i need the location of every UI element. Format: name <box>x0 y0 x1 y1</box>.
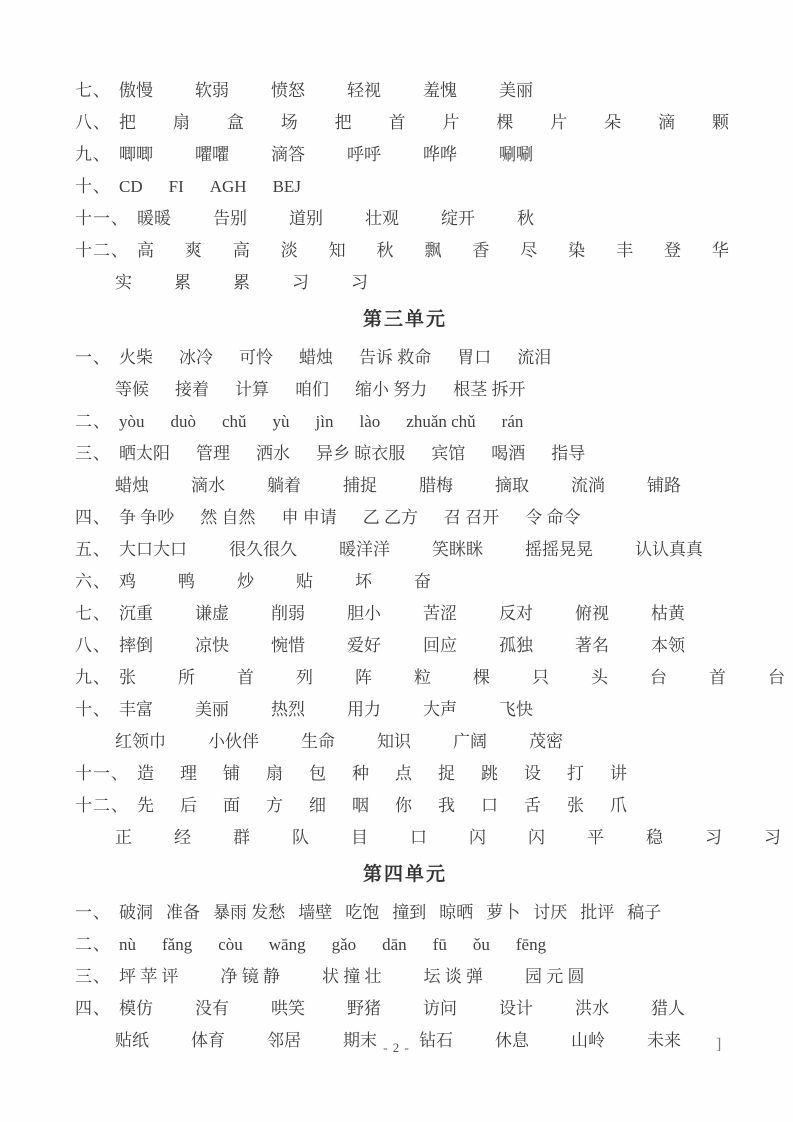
word-group: 火柴冰冷可怜蜡烛告诉 救命胃口流泪 <box>119 347 735 368</box>
word: 后 <box>180 795 197 816</box>
word: 访问 <box>423 998 457 1019</box>
word-line: 十一、暖暖告别道别壮观绽开秋 <box>75 208 735 229</box>
word: fǎng <box>162 934 192 955</box>
word: 道别 <box>289 208 323 229</box>
document-page: 七、傲慢软弱愤怒轻视羞愧美丽八、把扇盒场把首片棵片朵滴颗九、唧唧㘗㘗滴答呼呼哗哗… <box>0 0 793 1122</box>
word: 尽 <box>520 240 537 261</box>
word-line: 十一、造理铺扇包种点捉跳设打讲 <box>75 763 735 784</box>
word: 棵 <box>473 667 490 688</box>
line-label: 十、 <box>75 176 111 197</box>
word: 冰冷 <box>179 347 213 368</box>
word: 蜡烛 <box>115 475 149 496</box>
word: 张 <box>119 667 136 688</box>
line-label: 四、 <box>75 998 111 1019</box>
word: 鸡 <box>119 571 136 592</box>
word: 滴答 <box>271 144 305 165</box>
word: 口 <box>481 795 498 816</box>
word-line: 九、唧唧㘗㘗滴答呼呼哗哗唰唰 <box>75 144 735 165</box>
word: 鸭 <box>178 571 195 592</box>
word: 面 <box>223 795 240 816</box>
word: 咱们 <box>295 379 329 400</box>
word: AGH <box>210 176 247 197</box>
word: 爱好 <box>347 635 381 656</box>
word: 枯黄 <box>651 603 685 624</box>
section-heading: 第四单元 <box>75 859 735 886</box>
word: 俯视 <box>575 603 609 624</box>
word-group: 坪 苹 评净 镜 静状 撞 壮坛 谈 弹园 元 圆 <box>119 966 735 987</box>
word: 队 <box>292 827 309 848</box>
word-group: 傲慢软弱愤怒轻视羞愧美丽 <box>119 80 735 101</box>
word: 回应 <box>423 635 457 656</box>
line-label: 九、 <box>75 667 111 688</box>
word-line: 十二、高爽高淡知秋飘香尽染丰登华 <box>75 240 735 261</box>
word: 飘 <box>424 240 441 261</box>
word: 暖暖 <box>137 208 171 229</box>
word: 跳 <box>481 763 498 784</box>
word-line: 三、晒太阳管理洒水异乡 晾衣服宾馆喝酒指导 <box>75 443 735 464</box>
word: 习 <box>351 272 368 293</box>
line-label: 七、 <box>75 603 111 624</box>
word: 只 <box>532 667 549 688</box>
word: 我 <box>438 795 455 816</box>
word: 细 <box>309 795 326 816</box>
word-line: 二、nùfǎngcòuwānggǎodānfūǒufēng <box>75 934 735 955</box>
word-group: nùfǎngcòuwānggǎodānfūǒufēng <box>119 934 735 955</box>
word: 台 <box>768 667 785 688</box>
word: FI <box>169 176 184 197</box>
word: 铺 <box>223 763 240 784</box>
word: 计算 <box>235 379 269 400</box>
word: 小伙伴 <box>208 731 259 752</box>
word: 惋惜 <box>271 635 305 656</box>
word-line: 三、坪 苹 评净 镜 静状 撞 壮坛 谈 弹园 元 圆 <box>75 966 735 987</box>
word: 习 <box>764 827 781 848</box>
word: còu <box>218 934 243 955</box>
word: 热烈 <box>271 699 305 720</box>
word: 美丽 <box>499 80 533 101</box>
word: 腊梅 <box>419 475 453 496</box>
word-group: yòuduòchǔyùjìnlàozhuǎn chǔrán <box>119 411 735 432</box>
word: 广阔 <box>453 731 487 752</box>
word-line: 十二、先后面方细咽你我口舌张爪 <box>75 795 735 816</box>
word: 大口大口 <box>119 539 187 560</box>
word-group: 正经群队目口闪闪平稳习习 <box>115 827 735 848</box>
word: 台 <box>650 667 667 688</box>
word-line: 十、丰富美丽热烈用力大声飞快 <box>75 699 735 720</box>
word: nù <box>119 934 136 955</box>
word: 登 <box>664 240 681 261</box>
word: 指导 <box>551 443 585 464</box>
word: 批评 <box>580 902 614 923</box>
word: 先 <box>137 795 154 816</box>
word: 吃饱 <box>345 902 379 923</box>
page-number: - 2 - <box>0 1040 793 1056</box>
word: 坛 谈 弹 <box>424 966 484 987</box>
word: 㘗㘗 <box>195 144 229 165</box>
word: 坏 <box>355 571 372 592</box>
word: 轻视 <box>347 80 381 101</box>
word: 你 <box>395 795 412 816</box>
word-group: 先后面方细咽你我口舌张爪 <box>137 795 735 816</box>
word: 点 <box>395 763 412 784</box>
word: 稿子 <box>627 902 661 923</box>
word: 根茎 拆开 <box>453 379 525 400</box>
word: 讨厌 <box>533 902 567 923</box>
word-group: 争 争吵然 自然申 申请乙 乙方召 召开令 命令 <box>119 507 735 528</box>
word: 可怜 <box>239 347 273 368</box>
word: 晾晒 <box>439 902 473 923</box>
word: 准备 <box>166 902 200 923</box>
word: 软弱 <box>195 80 229 101</box>
word: 等候 <box>115 379 149 400</box>
word: 秋 <box>517 208 534 229</box>
word-line: 四、模仿没有哄笑野猪访问设计洪水猎人 <box>75 998 735 1019</box>
word: 种 <box>352 763 369 784</box>
word-group: 红领巾小伙伴生命知识广阔茂密 <box>115 731 735 752</box>
line-label: 七、 <box>75 80 111 101</box>
word: 造 <box>137 763 154 784</box>
word: 哗哗 <box>423 144 457 165</box>
word: 没有 <box>195 998 229 1019</box>
word: 首 <box>709 667 726 688</box>
word-line: 一、火柴冰冷可怜蜡烛告诉 救命胃口流泪 <box>75 347 735 368</box>
word: 接着 <box>175 379 209 400</box>
word-group: CDFIAGHBEJ <box>119 176 735 197</box>
word: 苦涩 <box>423 603 457 624</box>
word: ǒu <box>473 934 490 955</box>
word: CD <box>119 176 143 197</box>
word: 呼呼 <box>347 144 381 165</box>
line-label: 十一、 <box>75 208 129 229</box>
word: fēng <box>516 934 546 955</box>
line-label: 一、 <box>75 347 111 368</box>
word: 习 <box>705 827 722 848</box>
word: 傲慢 <box>119 80 153 101</box>
word: 片 <box>442 112 459 133</box>
word: 华 <box>712 240 729 261</box>
word: 捉 <box>438 763 455 784</box>
word: 绽开 <box>441 208 475 229</box>
word: 愤怒 <box>271 80 305 101</box>
word: 累 <box>233 272 250 293</box>
word: 讲 <box>610 763 627 784</box>
word-group: 唧唧㘗㘗滴答呼呼哗哗唰唰 <box>119 144 735 165</box>
word: 召 召开 <box>444 507 499 528</box>
word: 滴水 <box>191 475 225 496</box>
word: 累 <box>174 272 191 293</box>
word: 洪水 <box>575 998 609 1019</box>
word: rán <box>502 411 524 432</box>
word: 笑眯眯 <box>432 539 483 560</box>
word: 习 <box>292 272 309 293</box>
word: 知识 <box>377 731 411 752</box>
word: 萝卜 <box>486 902 520 923</box>
word-line: 等候接着计算咱们缩小 努力根茎 拆开 <box>75 379 735 400</box>
word: 美丽 <box>195 699 229 720</box>
word: 暖洋洋 <box>339 539 390 560</box>
word-group: 造理铺扇包种点捉跳设打讲 <box>137 763 735 784</box>
word: 染 <box>568 240 585 261</box>
word: 捕捉 <box>343 475 377 496</box>
word: zhuǎn chǔ <box>406 411 475 432</box>
word: 壮观 <box>365 208 399 229</box>
word: 胆小 <box>347 603 381 624</box>
word: 颗 <box>712 112 729 133</box>
word: 胃口 <box>457 347 491 368</box>
word: 申 申请 <box>282 507 337 528</box>
word-line: 六、鸡鸭炒贴坏奋 <box>75 571 735 592</box>
word: 场 <box>281 112 298 133</box>
word: 墙壁 <box>298 902 332 923</box>
word-line: 九、张所首列阵粒棵只头台首台 <box>75 667 735 688</box>
word: 片 <box>550 112 567 133</box>
word: wāng <box>269 934 306 955</box>
word: 高 <box>137 240 154 261</box>
word: 设计 <box>499 998 533 1019</box>
word: 设 <box>524 763 541 784</box>
word: 列 <box>296 667 313 688</box>
word: 管理 <box>196 443 230 464</box>
word-group: 蜡烛滴水躺着捕捉腊梅摘取流淌铺路 <box>115 475 735 496</box>
word: 理 <box>180 763 197 784</box>
word: 朵 <box>604 112 621 133</box>
word: 告别 <box>213 208 247 229</box>
word-group: 大口大口很久很久暖洋洋笑眯眯摇摇晃晃认认真真 <box>119 539 735 560</box>
word: 方 <box>266 795 283 816</box>
scan-artifact-mark: ] <box>716 1036 721 1054</box>
line-label: 八、 <box>75 112 111 133</box>
word: 贴 <box>296 571 313 592</box>
word: 丰富 <box>119 699 153 720</box>
word: 奋 <box>414 571 431 592</box>
word-line: 红领巾小伙伴生命知识广阔茂密 <box>75 731 735 752</box>
word: 粒 <box>414 667 431 688</box>
word: 知 <box>329 240 346 261</box>
word: 洒水 <box>256 443 290 464</box>
word-group: 破洞准备暴雨 发愁墙壁吃饱撞到晾晒萝卜讨厌批评稿子 <box>119 902 735 923</box>
word: 用力 <box>347 699 381 720</box>
word: 张 <box>567 795 584 816</box>
word: 秋 <box>377 240 394 261</box>
word: 红领巾 <box>115 731 166 752</box>
line-label: 十二、 <box>75 795 129 816</box>
word: 摘取 <box>495 475 529 496</box>
word: 暴雨 发愁 <box>213 902 285 923</box>
word: lào <box>360 411 381 432</box>
word: 目 <box>351 827 368 848</box>
word: 异乡 晾衣服 <box>316 443 405 464</box>
word: fū <box>433 934 447 955</box>
word: 扇 <box>266 763 283 784</box>
word: gǎo <box>332 934 357 955</box>
word: 认认真真 <box>635 539 703 560</box>
word: 把 <box>119 112 136 133</box>
word: 平 <box>587 827 604 848</box>
word-group: 暖暖告别道别壮观绽开秋 <box>137 208 735 229</box>
line-label: 二、 <box>75 934 111 955</box>
word: 口 <box>410 827 427 848</box>
word: jìn <box>316 411 334 432</box>
word: 阵 <box>355 667 372 688</box>
word-group: 实累累习习 <box>115 272 735 293</box>
word-group: 高爽高淡知秋飘香尽染丰登华 <box>137 240 735 261</box>
word-group: 把扇盒场把首片棵片朵滴颗 <box>119 112 735 133</box>
word: 摇摇晃晃 <box>525 539 593 560</box>
word: BEJ <box>273 176 301 197</box>
word: 香 <box>472 240 489 261</box>
line-label: 三、 <box>75 443 111 464</box>
line-label: 十一、 <box>75 763 129 784</box>
line-label: 三、 <box>75 966 111 987</box>
word: 棵 <box>496 112 513 133</box>
word-group: 沉重谦虚削弱胆小苦涩反对俯视枯黄 <box>119 603 735 624</box>
line-label: 二、 <box>75 411 111 432</box>
word-line: 十、CDFIAGHBEJ <box>75 176 735 197</box>
word: 凉快 <box>195 635 229 656</box>
word: 喝酒 <box>491 443 525 464</box>
word: 令 命令 <box>525 507 580 528</box>
word: 状 撞 壮 <box>322 966 382 987</box>
word: 野猪 <box>347 998 381 1019</box>
word-line: 七、傲慢软弱愤怒轻视羞愧美丽 <box>75 80 735 101</box>
word: 宾馆 <box>431 443 465 464</box>
word: 淡 <box>281 240 298 261</box>
line-label: 四、 <box>75 507 111 528</box>
word: 乙 乙方 <box>363 507 418 528</box>
word-group: 鸡鸭炒贴坏奋 <box>119 571 735 592</box>
word: 实 <box>115 272 132 293</box>
word: 飞快 <box>499 699 533 720</box>
word-group: 模仿没有哄笑野猪访问设计洪水猎人 <box>119 998 735 1019</box>
word: 沉重 <box>119 603 153 624</box>
word: 群 <box>233 827 250 848</box>
word: 缩小 努力 <box>355 379 427 400</box>
word: 流淌 <box>571 475 605 496</box>
word: 滴 <box>658 112 675 133</box>
word: 园 元 圆 <box>525 966 585 987</box>
word: 躺着 <box>267 475 301 496</box>
word: 爽 <box>185 240 202 261</box>
word-line: 蜡烛滴水躺着捕捉腊梅摘取流淌铺路 <box>75 475 735 496</box>
word: 首 <box>389 112 406 133</box>
word: 破洞 <box>119 902 153 923</box>
word: 正 <box>115 827 132 848</box>
word: 唰唰 <box>499 144 533 165</box>
word-line: 四、争 争吵然 自然申 申请乙 乙方召 召开令 命令 <box>75 507 735 528</box>
word: 扇 <box>173 112 190 133</box>
word: 茂密 <box>529 731 563 752</box>
word: 火柴 <box>119 347 153 368</box>
word: 高 <box>233 240 250 261</box>
line-label: 一、 <box>75 902 111 923</box>
word: 闪 <box>469 827 486 848</box>
word: 然 自然 <box>200 507 255 528</box>
line-label: 五、 <box>75 539 111 560</box>
word: 把 <box>335 112 352 133</box>
word: dān <box>382 934 407 955</box>
document-body: 七、傲慢软弱愤怒轻视羞愧美丽八、把扇盒场把首片棵片朵滴颗九、唧唧㘗㘗滴答呼呼哗哗… <box>75 80 735 1051</box>
word: 争 争吵 <box>119 507 174 528</box>
word: 包 <box>309 763 326 784</box>
line-label: 八、 <box>75 635 111 656</box>
word-group: 晒太阳管理洒水异乡 晾衣服宾馆喝酒指导 <box>119 443 735 464</box>
word: chǔ <box>222 411 247 432</box>
line-label: 九、 <box>75 144 111 165</box>
line-label: 六、 <box>75 571 111 592</box>
word-line: 五、大口大口很久很久暖洋洋笑眯眯摇摇晃晃认认真真 <box>75 539 735 560</box>
word: 孤独 <box>499 635 533 656</box>
word: 羞愧 <box>423 80 457 101</box>
word: 坪 苹 评 <box>119 966 179 987</box>
word: 本领 <box>651 635 685 656</box>
word: 经 <box>174 827 191 848</box>
word: 稳 <box>646 827 663 848</box>
word: 爪 <box>610 795 627 816</box>
word: 闪 <box>528 827 545 848</box>
word-line: 正经群队目口闪闪平稳习习 <box>75 827 735 848</box>
line-label: 十二、 <box>75 240 129 261</box>
word: 生命 <box>301 731 335 752</box>
word: 丰 <box>616 240 633 261</box>
word: 唧唧 <box>119 144 153 165</box>
line-label: 十、 <box>75 699 111 720</box>
word: 摔倒 <box>119 635 153 656</box>
word: 首 <box>237 667 254 688</box>
word-line: 一、破洞准备暴雨 发愁墙壁吃饱撞到晾晒萝卜讨厌批评稿子 <box>75 902 735 923</box>
word: 净 镜 静 <box>221 966 281 987</box>
section-heading: 第三单元 <box>75 304 735 331</box>
word: 撞到 <box>392 902 426 923</box>
word: 哄笑 <box>271 998 305 1019</box>
word-line: 二、yòuduòchǔyùjìnlàozhuǎn chǔrán <box>75 411 735 432</box>
word: 头 <box>591 667 608 688</box>
word: 模仿 <box>119 998 153 1019</box>
word-group: 张所首列阵粒棵只头台首台 <box>119 667 735 688</box>
word: 著名 <box>575 635 609 656</box>
word: 反对 <box>499 603 533 624</box>
word-line: 八、把扇盒场把首片棵片朵滴颗 <box>75 112 735 133</box>
word-line: 实累累习习 <box>75 272 735 293</box>
word-line: 七、沉重谦虚削弱胆小苦涩反对俯视枯黄 <box>75 603 735 624</box>
word: yòu <box>119 411 145 432</box>
word: 打 <box>567 763 584 784</box>
word: 所 <box>178 667 195 688</box>
word: 猎人 <box>651 998 685 1019</box>
word: duò <box>171 411 197 432</box>
word: 盒 <box>227 112 244 133</box>
word: 告诉 救命 <box>359 347 431 368</box>
word: 大声 <box>423 699 457 720</box>
word-group: 丰富美丽热烈用力大声飞快 <box>119 699 735 720</box>
word: 流泪 <box>517 347 551 368</box>
word: 咽 <box>352 795 369 816</box>
word: 削弱 <box>271 603 305 624</box>
word: 谦虚 <box>195 603 229 624</box>
word-line: 八、摔倒凉快惋惜爱好回应孤独著名本领 <box>75 635 735 656</box>
word: 舌 <box>524 795 541 816</box>
word: yù <box>273 411 290 432</box>
word: 晒太阳 <box>119 443 170 464</box>
word-group: 等候接着计算咱们缩小 努力根茎 拆开 <box>115 379 735 400</box>
word: 炒 <box>237 571 254 592</box>
word: 很久很久 <box>229 539 297 560</box>
word: 铺路 <box>647 475 681 496</box>
word-group: 摔倒凉快惋惜爱好回应孤独著名本领 <box>119 635 735 656</box>
word: 蜡烛 <box>299 347 333 368</box>
